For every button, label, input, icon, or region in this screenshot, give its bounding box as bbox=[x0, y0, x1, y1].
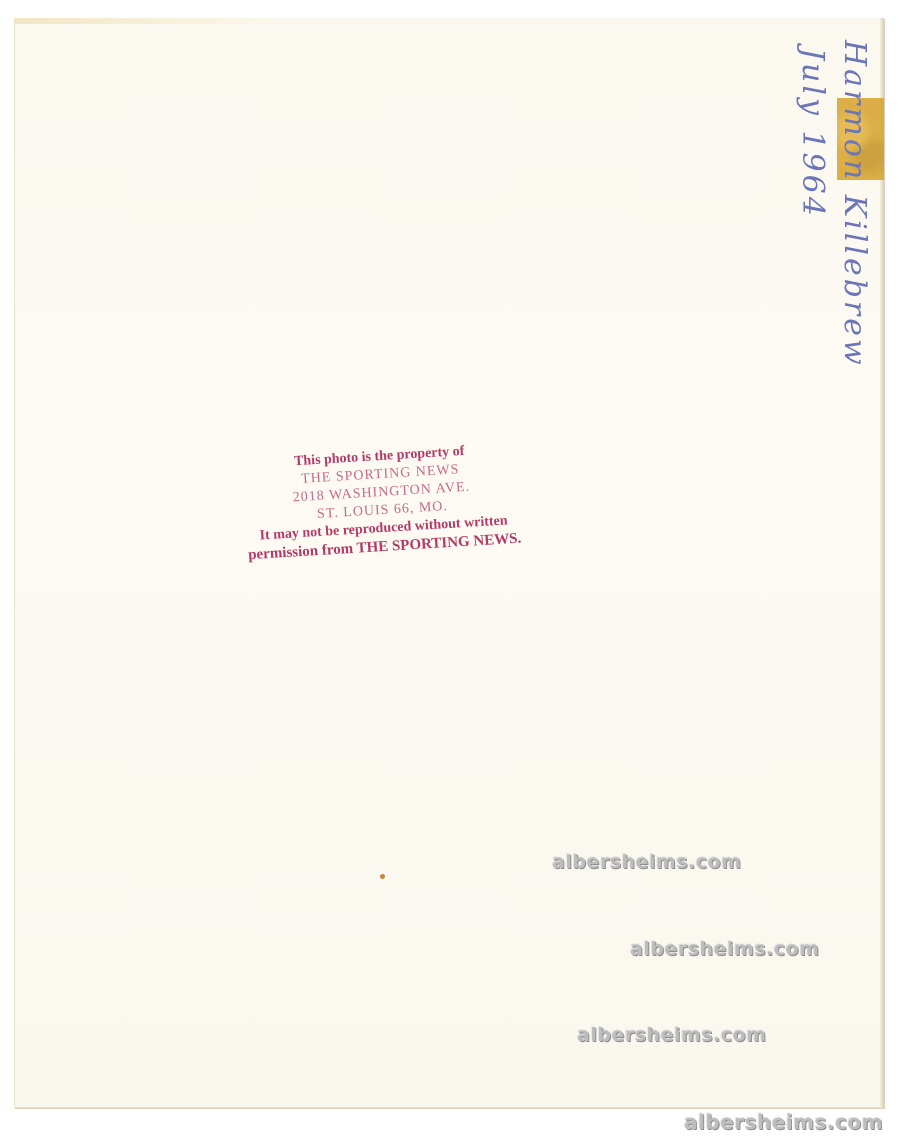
handwritten-date: July 1964 bbox=[795, 48, 830, 219]
watermark: albersheims.com bbox=[630, 938, 819, 960]
watermark: albersheims.com bbox=[684, 1110, 883, 1134]
handwritten-player-name: Harmon Killebrew bbox=[837, 40, 872, 368]
watermark: albersheims.com bbox=[552, 851, 741, 873]
stain-spot bbox=[380, 874, 385, 879]
paper-edge bbox=[880, 18, 884, 1108]
sporting-news-stamp: This photo is the property of THE SPORTI… bbox=[219, 438, 545, 565]
watermark: albersheims.com bbox=[577, 1024, 766, 1046]
